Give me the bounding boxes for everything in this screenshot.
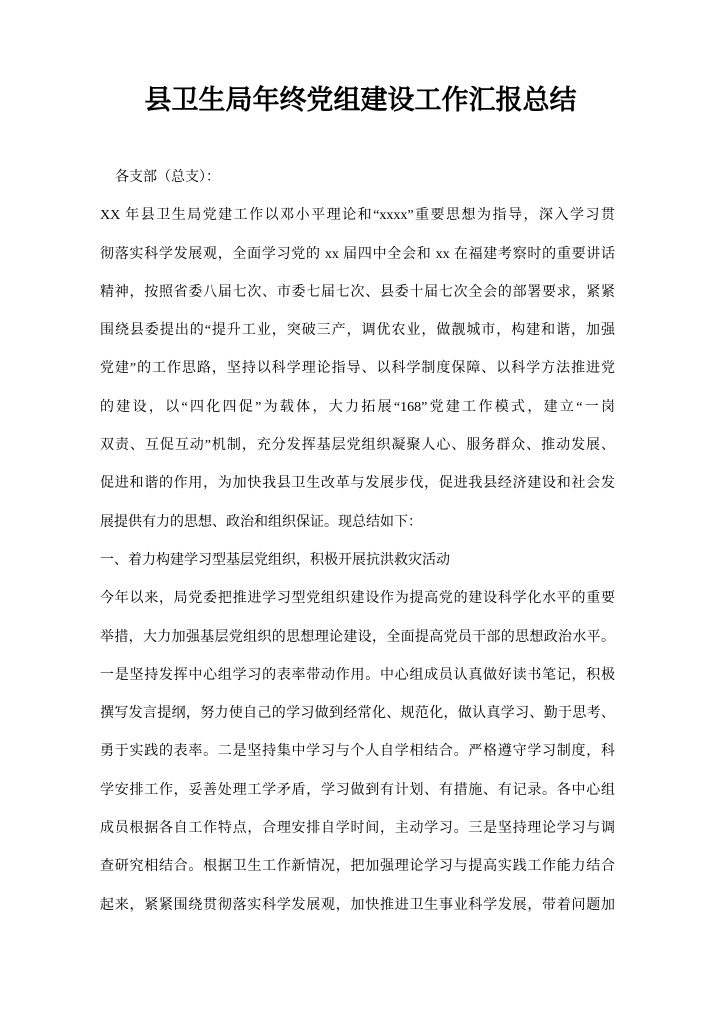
text-line: 一是坚持发挥中心组学习的表率带动作用。中心组成员认真做好读书笔记，积极: [100, 657, 615, 695]
text-line: 展提供有力的思想、政治和组织保证。现总结如下：: [100, 504, 615, 542]
text-line: 学安排工作，妥善处理工学矛盾，学习做到有计划、有措施、有记录。各中心组: [100, 772, 615, 810]
text-line: 围绕县委提出的“提升工业，突破三产，调优农业，做靓城市，构建和谐，加强: [100, 312, 615, 350]
text-line: 勇于实践的表率。二是坚持集中学习与个人自学相结合。严格遵守学习制度，科: [100, 733, 615, 771]
text-line: 成员根据各自工作特点，合理安排自学时间，主动学习。三是坚持理论学习与调: [100, 810, 615, 848]
text-line: 彻落实科学发展观，全面学习党的 xx 届四中全会和 xx 在福建考察时的重要讲话: [100, 236, 615, 274]
text-line: 撰写发言提纲，努力使自己的学习做到经常化、规范化，做认真学习、勤于思考、: [100, 695, 615, 733]
text-line: 查研究相结合。根据卫生工作新情况，把加强理论学习与提高实践工作能力结合: [100, 848, 615, 886]
document-page: 县卫生局年终党组建设工作汇报总结 各支部（总支）： XX 年县卫生局党建工作以邓…: [0, 0, 721, 1020]
section-heading: 一、着力构建学习型基层党组织，积极开展抗洪救灾活动: [100, 542, 615, 580]
document-title: 县卫生局年终党组建设工作汇报总结: [0, 84, 721, 116]
text-line: 促进和谐的作用，为加快我县卫生改革与发展步伐，促进我县经济建设和社会发: [100, 465, 615, 503]
text-line: 精神，按照省委八届七次、市委七届七次、县委十届七次全会的部署要求，紧紧: [100, 274, 615, 312]
text-line: 的建设，以“四化四促”为载体，大力拓展“168”党建工作模式，建立“一岗: [100, 389, 615, 427]
text-line: 起来，紧紧围绕贯彻落实科学发展观，加快推进卫生事业科学发展，带着问题加: [100, 887, 615, 925]
text-line: XX 年县卫生局党建工作以邓小平理论和“xxxx”重要思想为指导，深入学习贯: [100, 197, 615, 235]
text-line: 党建”的工作思路，坚持以科学理论指导、以科学制度保障、以科学方法推进党: [100, 350, 615, 388]
document-body: 各支部（总支）： XX 年县卫生局党建工作以邓小平理论和“xxxx”重要思想为指…: [100, 159, 615, 925]
text-line: 双责、互促互动”机制，充分发挥基层党组织凝聚人心、服务群众、推动发展、: [100, 427, 615, 465]
text-line: 今年以来，局党委把推进学习型党组织建设作为提高党的建设科学化水平的重要: [100, 580, 615, 618]
text-line: 举措，大力加强基层党组织的思想理论建设，全面提高党员干部的思想政治水平。: [100, 619, 615, 657]
salutation-line: 各支部（总支）：: [100, 159, 615, 197]
